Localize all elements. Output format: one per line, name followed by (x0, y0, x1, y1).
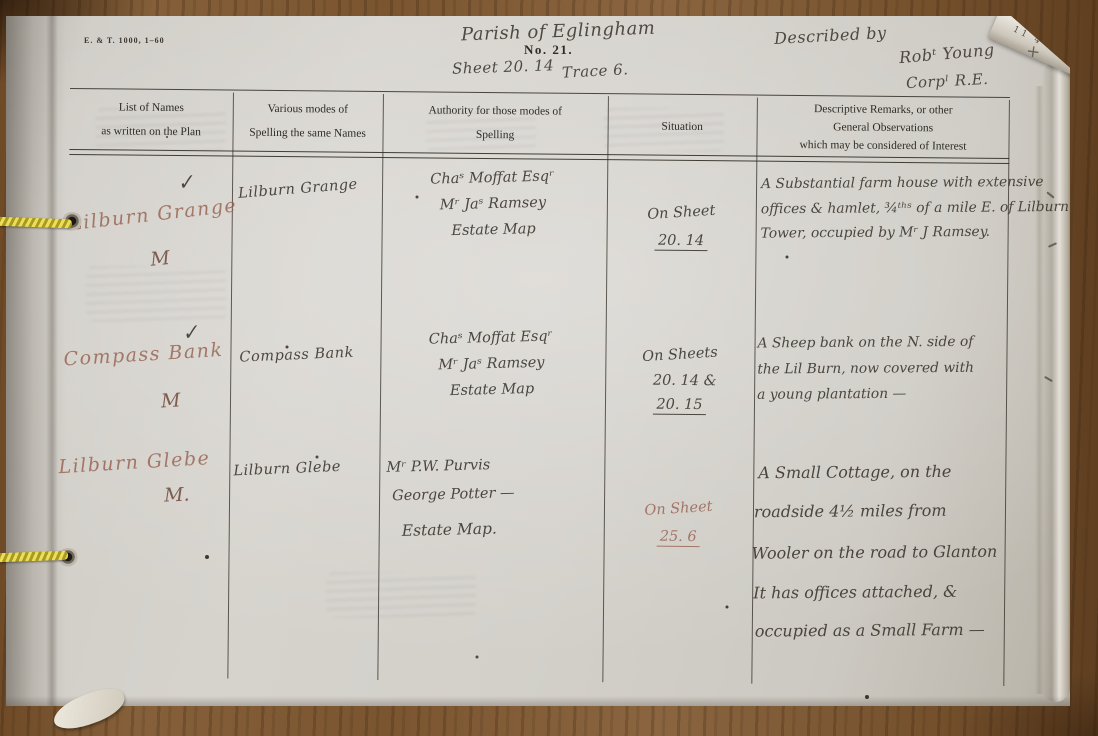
plan-name: Compass Bank (63, 339, 224, 371)
authority-line: Mʳ P.W. Purvis (386, 457, 490, 476)
column-header-spelling: Various modes of Spelling the same Names (232, 91, 383, 158)
ink-bleed-through (604, 108, 724, 152)
remarks-line: A Sheep bank on the N. side of (758, 334, 974, 352)
remarks-line: Tower, occupied by Mʳ J Ramsey. (761, 224, 990, 242)
describer-name: Robᵗ Young (898, 40, 995, 67)
situation-sheet-number: 20. 15 (653, 397, 705, 415)
header-line: which may be considered of Interest (756, 136, 1009, 156)
survey-name-book-page: E. & T. 1000, 1–60 No. 21. Parish of Egl… (6, 16, 1070, 706)
header-line: Spelling the same Names (232, 121, 382, 146)
remarks-line: the Lil Burn, now covered with (757, 360, 974, 378)
situation-line: On Sheets (612, 343, 748, 367)
corner-cross-mark: + (1025, 41, 1042, 63)
header-line: General Observations (757, 118, 1010, 138)
trace-note: Trace 6. (562, 60, 629, 81)
remarks-line: A Substantial farm house with extensive (761, 174, 1043, 192)
name-book-table: List of Names as written on the Plan Var… (64, 88, 1010, 690)
foxing-specks (166, 136, 168, 138)
remarks-line: Wooler on the road to Glanton (752, 542, 998, 563)
header-line: Descriptive Remarks, or other (757, 100, 1010, 120)
authority-line: Estate Map (386, 374, 599, 405)
ink-bleed-through (426, 112, 536, 152)
examiner-initials: M (160, 389, 181, 412)
authority-line: George Potter — (392, 485, 515, 504)
situation-sheet-number: 25. 6 (657, 529, 700, 547)
parish-title: Parish of Eglingham (461, 18, 656, 46)
sheet-note: Sheet 20. 14 (452, 56, 555, 78)
remarks-line: offices & hamlet, ¾ᵗʰˢ of a mile E. of L… (761, 199, 1069, 217)
ink-bleed-through (86, 266, 226, 322)
page-bottom-edge-shadow (6, 696, 1070, 706)
remarks-line: roadside 4½ miles from (754, 501, 947, 522)
examiner-check-mark: ✓ (175, 169, 196, 196)
remarks-line: occupied as a Small Farm — (755, 620, 985, 641)
spelling-entry: Compass Bank (239, 345, 354, 366)
page-stack-edge (1042, 62, 1070, 702)
ink-bleed-through (326, 572, 476, 618)
ink-bleed-through (96, 108, 226, 152)
examiner-initials: M. (164, 484, 190, 507)
situation-line: On Sheet (613, 201, 749, 225)
situation-sheet-number: 20. 14 (655, 233, 707, 251)
plan-name: Lilburn Glebe (58, 447, 211, 478)
authority-entry: Chaˢ Moffat Esqʳ Mʳ Jaˢ Ramsey Estate Ma… (386, 162, 600, 245)
remarks-line: It has offices attached, & (753, 582, 957, 603)
table-body: ✓ Lilburn Grange M Lilburn Grange Chaˢ M… (64, 155, 1009, 686)
authority-entry: Chaˢ Moffat Esqʳ Mʳ Jaˢ Ramsey Estate Ma… (384, 322, 598, 405)
remarks-line: A Small Cottage, on the (758, 462, 951, 483)
column-header-remarks: Descriptive Remarks, or other General Ob… (756, 96, 1010, 162)
describer-rank: Corpˡ R.E. (906, 70, 989, 92)
spelling-entry: Lilburn Glebe (233, 459, 341, 480)
form-print-code: E. & T. 1000, 1–60 (84, 36, 165, 45)
remarks-line: a young plantation — (757, 386, 906, 403)
authority-line: Estate Map. (402, 519, 497, 539)
spine-ridge (46, 16, 58, 706)
spelling-entry: Lilburn Grange (238, 177, 359, 202)
situation-line: On Sheet (611, 497, 747, 521)
situation-sheet-number: 20. 14 & (617, 372, 752, 389)
plan-name: Lilburn Grange (68, 194, 238, 235)
described-by-label: Described by (774, 23, 887, 48)
header-line: Various modes of (233, 97, 383, 122)
authority-line: Estate Map (387, 214, 600, 245)
